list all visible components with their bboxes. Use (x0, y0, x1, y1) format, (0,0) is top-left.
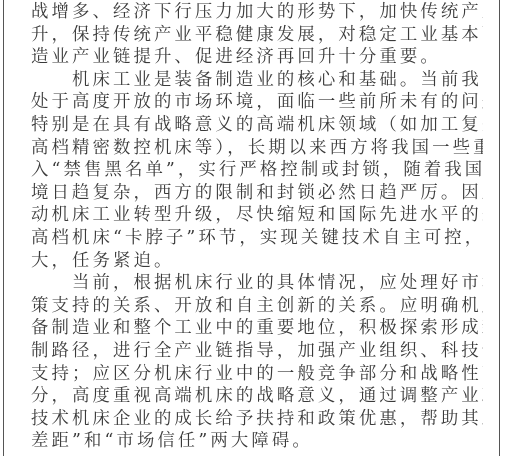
text-line: 备制造业和整个工业中的重要地位，积极探索形成新的举国体 (31, 317, 483, 340)
text-line: 制路径，进行全产业链指导，加强产业组织、科技创新、市场 (31, 340, 483, 363)
text-line: 技术机床企业的成长给予扶持和政策优惠，帮助其跨越“技术 (31, 408, 483, 431)
text-line: 造业产业链提升、促进经济再回升十分重要。 (31, 46, 483, 69)
text-line: 策支持的关系、开放和自主创新的关系。应明确机床工业在装 (31, 295, 483, 318)
text-line: 高档机床“卡脖子”环节，实现关键技术自主可控，意义重 (31, 227, 483, 250)
text-line: 支持；应区分机床行业中的一般竞争部分和战略性高技术部 (31, 363, 483, 386)
body-text: 战增多、经济下行压力加大的形势下，加快传统产业的改造提 升，保持传统产业平稳健康… (31, 1, 483, 453)
text-line: 动机床工业转型升级，尽快缩短和国际先进水平的差距，解决 (31, 204, 483, 227)
text-line: 特别是在具有战略意义的高端机床领域（如加工复杂零部件的 (31, 114, 483, 137)
paragraph-2: 机床工业是装备制造业的核心和基础。当前我国机床行业 处于高度开放的市场环境，面临… (31, 69, 483, 272)
text-line: 当前，根据机床行业的具体情况，应处理好市场竞争和政 (31, 272, 483, 295)
text-line: 大，任务紧迫。 (31, 250, 483, 273)
text-line: 高档精密数控机床等），长期以来西方将我国一些重要企业列 (31, 137, 483, 160)
text-line: 升，保持传统产业平稳健康发展，对稳定工业基本面、推动制 (31, 24, 483, 47)
text-line: 分，高度重视高端机床的战略意义，通过调整产业政策，对高 (31, 385, 483, 408)
text-line: 入“禁售黑名单”，实行严格控制或封锁，随着我国的国际环 (31, 159, 483, 182)
paragraph-1: 战增多、经济下行压力加大的形势下，加快传统产业的改造提 升，保持传统产业平稳健康… (31, 1, 483, 69)
document-page: 战增多、经济下行压力加大的形势下，加快传统产业的改造提 升，保持传统产业平稳健康… (3, 0, 500, 456)
paragraph-3: 当前，根据机床行业的具体情况，应处理好市场竞争和政 策支持的关系、开放和自主创新… (31, 272, 483, 453)
text-line: 机床工业是装备制造业的核心和基础。当前我国机床行业 (31, 69, 483, 92)
text-line: 处于高度开放的市场环境，面临一些前所未有的问题与挑战， (31, 91, 483, 114)
text-line: 境日趋复杂，西方的限制和封锁必然日趋严厉。因此，加快推 (31, 182, 483, 205)
text-line: 战增多、经济下行压力加大的形势下，加快传统产业的改造提 (31, 1, 483, 24)
text-line: 差距”和“市场信任”两大障碍。 (31, 430, 483, 453)
